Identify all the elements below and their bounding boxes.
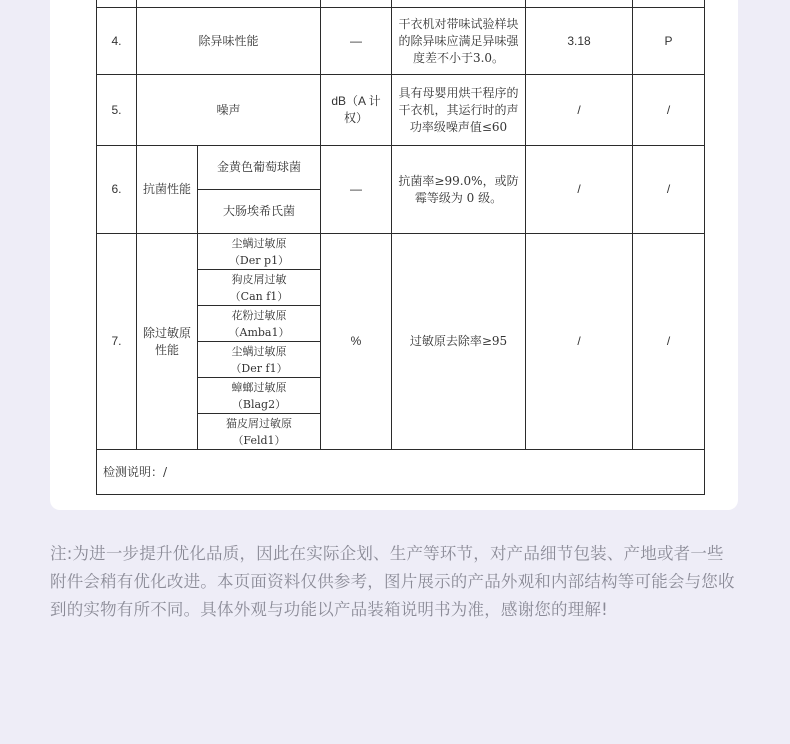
allergen-code: （Can f1） xyxy=(200,288,318,305)
disclaimer-text: 注:为进一步提升优化品质，因此在实际企划、生产等环节，对产品细节包装、产地或者一… xyxy=(50,540,740,624)
row-number: 6. xyxy=(97,146,137,234)
table-row-previous xyxy=(97,0,705,8)
sub-item: 大肠埃希氏菌 xyxy=(198,190,321,234)
verdict: / xyxy=(633,146,705,234)
test-result: / xyxy=(526,234,633,450)
allergen-code: （Der f1） xyxy=(200,360,318,377)
test-report-table: 4. 除异味性能 — 干衣机对带味试验样块的除异味应满足异味强度差不小于3.0。… xyxy=(96,0,705,495)
allergen-name: 尘螨过敏原 xyxy=(200,343,318,360)
allergen-item: 尘螨过敏原 （Der f1） xyxy=(198,342,321,378)
test-item: 除过敏原性能 xyxy=(137,234,198,450)
test-result: / xyxy=(526,75,633,146)
allergen-name: 狗皮屑过敏 xyxy=(200,271,318,288)
test-result: / xyxy=(526,146,633,234)
row-number: 5. xyxy=(97,75,137,146)
allergen-code: （Der p1） xyxy=(200,252,318,269)
test-item: 除异味性能 xyxy=(137,8,321,75)
test-note: 检测说明：/ xyxy=(97,450,705,495)
requirement: 具有母婴用烘干程序的干衣机，其运行时的声功率级噪声值≤60 xyxy=(392,75,526,146)
allergen-item: 花粉过敏原 （Amba1） xyxy=(198,306,321,342)
allergen-code: （Feld1） xyxy=(200,432,318,449)
allergen-item: 蟑螂过敏原 （Blag2） xyxy=(198,378,321,414)
allergen-name: 花粉过敏原 xyxy=(200,307,318,324)
requirement: 干衣机对带味试验样块的除异味应满足异味强度差不小于3.0。 xyxy=(392,8,526,75)
unit: — xyxy=(321,8,392,75)
table-row: 6. 抗菌性能 金黄色葡萄球菌 — 抗菌率≥99.0%，或防霉等级为 0 级。 … xyxy=(97,146,705,190)
row-number: 4. xyxy=(97,8,137,75)
verdict: / xyxy=(633,75,705,146)
allergen-item: 狗皮屑过敏 （Can f1） xyxy=(198,270,321,306)
unit: dB（A 计权） xyxy=(321,75,392,146)
test-item: 抗菌性能 xyxy=(137,146,198,234)
verdict: P xyxy=(633,8,705,75)
allergen-item: 尘螨过敏原 （Der p1） xyxy=(198,234,321,270)
sub-item: 金黄色葡萄球菌 xyxy=(198,146,321,190)
allergen-code: （Amba1） xyxy=(200,324,318,341)
allergen-name: 尘螨过敏原 xyxy=(200,235,318,252)
allergen-name: 猫皮屑过敏原 xyxy=(200,415,318,432)
row-number: 7. xyxy=(97,234,137,450)
test-item: 噪声 xyxy=(137,75,321,146)
allergen-item: 猫皮屑过敏原 （Feld1） xyxy=(198,414,321,450)
table-note-row: 检测说明：/ xyxy=(97,450,705,495)
allergen-name: 蟑螂过敏原 xyxy=(200,379,318,396)
allergen-code: （Blag2） xyxy=(200,396,318,413)
unit: % xyxy=(321,234,392,450)
unit: — xyxy=(321,146,392,234)
table-row: 4. 除异味性能 — 干衣机对带味试验样块的除异味应满足异味强度差不小于3.0。… xyxy=(97,8,705,75)
test-result: 3.18 xyxy=(526,8,633,75)
requirement: 过敏原去除率≥95 xyxy=(392,234,526,450)
requirement: 抗菌率≥99.0%，或防霉等级为 0 级。 xyxy=(392,146,526,234)
table-row: 7. 除过敏原性能 尘螨过敏原 （Der p1） % 过敏原去除率≥95 / / xyxy=(97,234,705,270)
table-row: 5. 噪声 dB（A 计权） 具有母婴用烘干程序的干衣机，其运行时的声功率级噪声… xyxy=(97,75,705,146)
verdict: / xyxy=(633,234,705,450)
